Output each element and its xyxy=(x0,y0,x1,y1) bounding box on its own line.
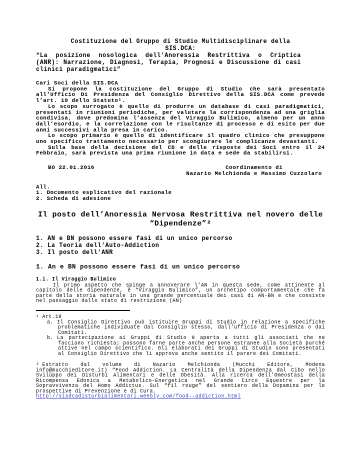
footnote-2: ²Estratto dal volume di Nazario Melchion… xyxy=(36,363,325,400)
footnote-item-text: La partecipazione ai Gruppi di Studio è … xyxy=(57,336,325,357)
footnote-item-text: Il Consiglio Direttivo può istituire Gru… xyxy=(57,320,325,336)
paragraph: Sulla base della decisione del CD e dell… xyxy=(36,145,325,157)
attachments-block: All. 1. Documento esplicativo del razion… xyxy=(36,185,325,203)
coordination-names: Nazario Melchionda e Massimo Cuzzolaro xyxy=(186,171,322,177)
footnote-1-item-a: a.Il Consiglio Direttivo può istituire G… xyxy=(47,320,325,336)
title-quote: “La posizione nosologica dell’Anoressia … xyxy=(36,52,301,73)
title-line-2: SIS.DCA: xyxy=(36,45,325,52)
footnote-1-item-b: b.La partecipazione ai Gruppi di Studio … xyxy=(47,336,325,357)
outline-item: 3. Il posto dell’ANR xyxy=(36,249,325,256)
chapter-heading: 1. An e BN possono essere fasi di un uni… xyxy=(36,263,325,270)
paragraph: Si propone la costituzione del Gruppo di… xyxy=(36,87,325,105)
footnote-item-marker: a. xyxy=(47,320,54,326)
subsection-heading: 1.i. Il Viraggio Bulimico xyxy=(36,277,325,283)
title-line-1: Costituzione del Gruppo di Studio Multid… xyxy=(36,38,325,45)
outline-list: 1. AN e BN possono essere fasi di un uni… xyxy=(36,235,325,256)
outline-item: 1. AN e BN possono essere fasi di un uni… xyxy=(36,235,325,242)
document-title: Costituzione del Gruppo di Studio Multid… xyxy=(36,38,325,73)
signature-row: BO 22.01.2016 Coordinamento di Nazario M… xyxy=(36,166,325,178)
place-date: BO 22.01.2016 xyxy=(48,166,94,172)
footnote-marker: ¹ xyxy=(36,315,39,321)
footnote-item-marker: b. xyxy=(47,336,54,342)
section-title: Il posto dell’Anoressia Nervosa Restritt… xyxy=(36,210,325,228)
document-page: Costituzione del Gruppo di Studio Multid… xyxy=(0,0,360,466)
paragraph: Lo scopo surrogato è quello di produrre … xyxy=(36,104,325,133)
footnote-link[interactable]: http://sisdcadisturbialimentari.weebly.c… xyxy=(36,394,241,400)
outline-item: 2. La Teoria dell’Auto-Addiction xyxy=(36,242,325,249)
coordination-block: Coordinamento di Nazario Melchionda e Ma… xyxy=(186,166,322,178)
body-paragraph: Il primo aspetto che spinge a annoverare… xyxy=(36,283,325,304)
attachment-item: 2. Scheda di adesione xyxy=(36,196,325,202)
paragraph: Lo scopo primario è quello di identifica… xyxy=(36,134,325,146)
letter-body: Cari Soci della SIS.DCA Si propone la co… xyxy=(36,81,325,157)
footnote-text: Estratto dal volume di Nazario Melchiond… xyxy=(36,363,325,395)
footnote-separator xyxy=(36,310,130,311)
